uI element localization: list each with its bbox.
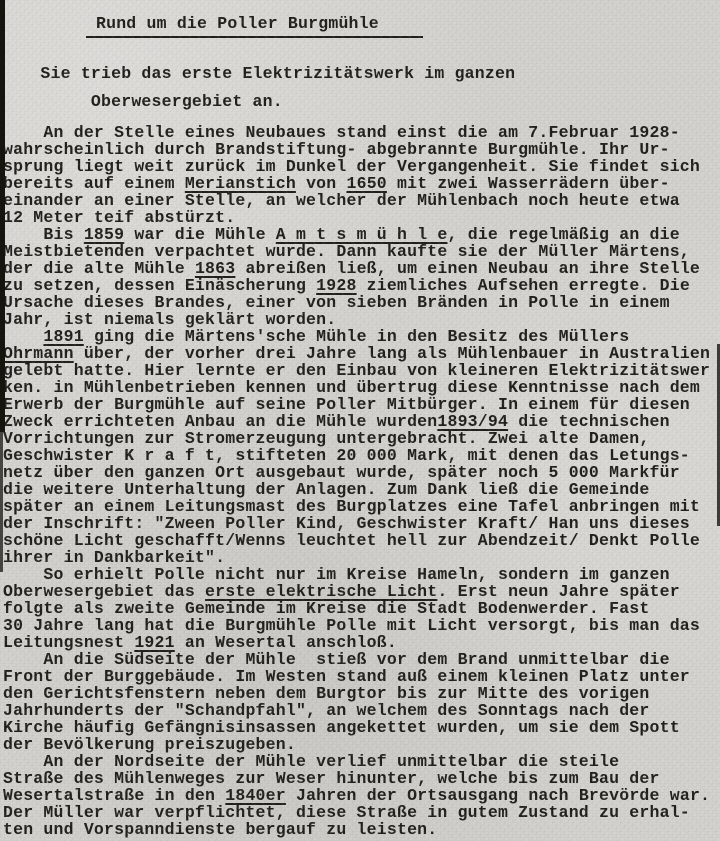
text-line: Vorrichtungen zur Stromerzeugung unterge…: [3, 430, 720, 447]
text-line: Jahr, ist niemals geklärt worden.: [3, 311, 720, 328]
text-line: schöne Licht geschafft/Wenns leuchtet he…: [3, 532, 720, 549]
paragraph: An der Stelle eines Neubaues stand einst…: [3, 124, 720, 226]
text-line: der die alte Mühle 1863 abreißen ließ, u…: [3, 260, 720, 277]
text-line: 12 Meter teif abstürzt.: [3, 209, 720, 226]
text-line: Kirche häufig Gefängnisinsassen angekett…: [3, 719, 720, 736]
text-line: der Inschrift: "Zween Poller Kind, Gesch…: [3, 515, 720, 532]
text-segment: ten und Vorspanndienste bergauf zu leist…: [3, 820, 437, 839]
text-line: zu setzen, dessen Einäscherung 1928 ziem…: [3, 277, 720, 294]
text-line: Straße des Mühlenweges zur Weser hinunte…: [3, 770, 720, 787]
text-line: Oberwesergebiet das erste elektrische Li…: [3, 583, 720, 600]
text-line: 30 Jahre lang hat die Burgmühle Polle mi…: [3, 617, 720, 634]
title-row: Rund um die Poller Burgmühle: [0, 0, 720, 38]
text-line: An der Nordseite der Mühle verlief unmit…: [3, 753, 720, 770]
text-line: ten und Vorspanndienste bergauf zu leist…: [3, 821, 720, 838]
text-line: netz über den ganzen Ort ausgebaut wurde…: [3, 464, 720, 481]
text-line: Leitungsnest 1921 an Wesertal anschloß.: [3, 634, 720, 651]
text-line: An die Südseite der Mühle stieß vor dem …: [3, 651, 720, 668]
text-line: Erwerb der Burgmühle auf seine Poller Mi…: [3, 396, 720, 413]
page-title: Rund um die Poller Burgmühle: [86, 14, 423, 38]
text-line: später an einem Leitungsmast des Burgpla…: [3, 498, 720, 515]
paragraph: So erhielt Polle nicht nur im Kreise Ham…: [3, 566, 720, 651]
subtitle-block: Sie trieb das erste Elektrizitätswerk im…: [0, 60, 720, 116]
text-line: der Bevölkerung preiszugeben.: [3, 736, 720, 753]
scanned-document-page: Rund um die Poller Burgmühle Sie trieb d…: [0, 0, 720, 841]
text-line: So erhielt Polle nicht nur im Kreise Ham…: [3, 566, 720, 583]
text-line: ihrer in Dankbarkeit".: [3, 549, 720, 566]
text-line: An der Stelle eines Neubaues stand einst…: [3, 124, 720, 141]
text-line: einander an einer Stelle, an welcher der…: [3, 192, 720, 209]
document-body: An der Stelle eines Neubaues stand einst…: [0, 124, 720, 838]
text-line: bereits auf einem Merianstich von 1650 m…: [3, 175, 720, 192]
text-line: ken. in Mühlenbetrieben kennen und übert…: [3, 379, 720, 396]
text-line: Geschwister K r a f t, stifteten 20 000 …: [3, 447, 720, 464]
subtitle-line: Oberwesergebiet an.: [0, 88, 720, 116]
text-line: folgte als zweite Gemeinde im Kreise die…: [3, 600, 720, 617]
subtitle-line: Sie trieb das erste Elektrizitätswerk im…: [0, 60, 720, 88]
paragraph: 1891 ging die Märtens'sche Mühle in den …: [3, 328, 720, 566]
scan-artifact-left-edge: [0, 0, 5, 432]
text-line: Der Müller war verpflichtet, diese Straß…: [3, 804, 720, 821]
text-line: den Gerichtsfenstern neben dem Burgtor b…: [3, 685, 720, 702]
text-line: die weitere Unterhaltung der Anlagen. Zu…: [3, 481, 720, 498]
text-line: 1891 ging die Märtens'sche Mühle in den …: [3, 328, 720, 345]
text-line: wahrscheinlich durch Brandstiftung- abge…: [3, 141, 720, 158]
text-line: Jahrhunderts der "Schandpfahl", an welch…: [3, 702, 720, 719]
text-line: sprung liegt weit zurück im Dunkel der V…: [3, 158, 720, 175]
paragraph: Bis 1859 war die Mühle A m t s m ü h l e…: [3, 226, 720, 328]
paragraph: An der Nordseite der Mühle verlief unmit…: [3, 753, 720, 838]
paragraph: An die Südseite der Mühle stieß vor dem …: [3, 651, 720, 753]
text-line: gelebt hatte. Hier lernte er den Einbau …: [3, 362, 720, 379]
text-line: Ohrmann über, der vorher drei Jahre lang…: [3, 345, 720, 362]
text-line: Wesertalstraße in den 1840er Jahren der …: [3, 787, 720, 804]
text-line: Zweck errichteten Anbau an die Mühle wur…: [3, 413, 720, 430]
text-line: Ursache dieses Brandes, einer von sieben…: [3, 294, 720, 311]
text-line: Front der Burggebäude. Im Westen stand a…: [3, 668, 720, 685]
text-line: Bis 1859 war die Mühle A m t s m ü h l e…: [3, 226, 720, 243]
scan-artifact-left-edge-lower: [0, 430, 3, 572]
text-line: Meistbietenden verpachtet wurde. Dann ka…: [3, 243, 720, 260]
